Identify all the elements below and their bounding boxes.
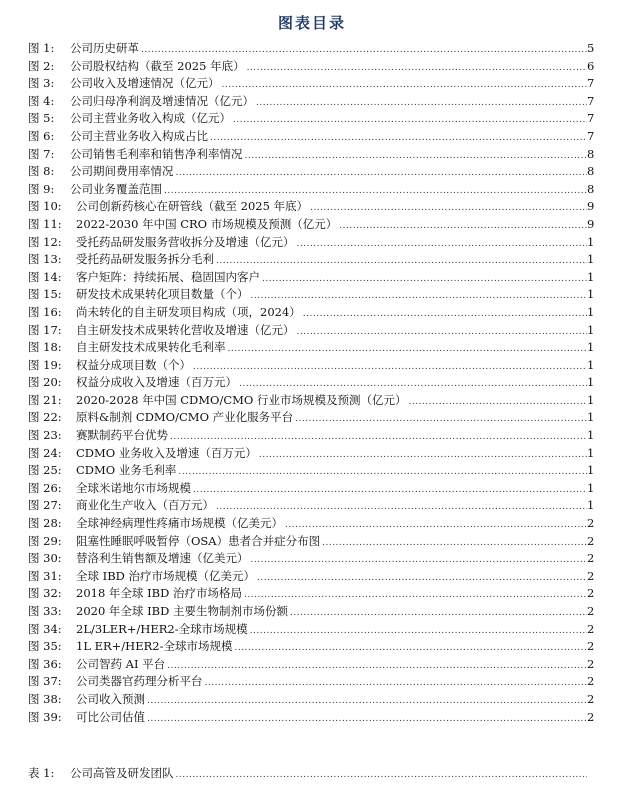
- toc-entry-page: 2: [587, 638, 597, 656]
- toc-entry[interactable]: 图 26:全球米诺地尔市场规模1: [28, 480, 597, 498]
- toc-entry-page: 6: [587, 58, 597, 76]
- dot-leader: [257, 570, 587, 588]
- toc-entry-label: 图 29:: [28, 533, 76, 551]
- toc-entry[interactable]: 图 11:2022-2030 年中国 CRO 市场规模及预测（亿元）9: [28, 216, 597, 234]
- toc-entry[interactable]: 图 32:2018 年全球 IBD 治疗市场格局2: [28, 585, 597, 603]
- toc-entry-title: 受托药品研发服务拆分毛利: [76, 251, 216, 269]
- toc-entry-title: 公司销售毛利率和销售净利率情况: [70, 146, 245, 164]
- toc-entry[interactable]: 图 4:公司归母净利润及增速情况（亿元）7: [28, 93, 597, 111]
- toc-entry-title: 2018 年全球 IBD 治疗市场格局: [76, 585, 244, 603]
- toc-entry[interactable]: 图 22:原料&制剂 CDMO/CMO 产业化服务平台1: [28, 409, 597, 427]
- toc-entry-label: 图 7:: [28, 146, 70, 164]
- toc-entry-title: 客户矩阵：持续拓展、稳固国内客户: [76, 269, 262, 287]
- toc-entry-page: 5: [587, 40, 597, 58]
- toc-entry-title: 全球米诺地尔市场规模: [76, 480, 193, 498]
- dot-leader: [147, 693, 587, 711]
- toc-entry[interactable]: 图 28:全球神经病理性疼痛市场规模（亿美元）2: [28, 515, 597, 533]
- toc-entry[interactable]: 图 20:权益分成收入及增速（百万元）1: [28, 374, 597, 392]
- toc-entry-label: 图 28:: [28, 515, 76, 533]
- toc-entry-label: 图 32:: [28, 585, 76, 603]
- dot-leader: [216, 253, 587, 271]
- toc-entry-label: 图 25:: [28, 462, 76, 480]
- dot-leader: [233, 112, 587, 130]
- toc-entry-title: 公司业务覆盖范围: [70, 181, 164, 199]
- toc-entry-page: 9: [587, 198, 597, 216]
- toc-entry[interactable]: 图 24:CDMO 业务收入及增速（百万元）1: [28, 445, 597, 463]
- toc-entry-title: 1L ER+/HER2-全球市场规模: [76, 638, 234, 656]
- toc-entry-label: 图 4:: [28, 93, 70, 111]
- toc-entry-page: 1: [587, 269, 597, 287]
- toc-entry-label: 表 1:: [28, 765, 70, 783]
- toc-entry-label: 图 13:: [28, 251, 76, 269]
- toc-entry[interactable]: 图 6:公司主营业务收入构成占比7: [28, 128, 597, 146]
- toc-entry-title: 研发技术成果转化项目数量（个）: [76, 286, 251, 304]
- toc-entry-label: 图 14:: [28, 269, 76, 287]
- dot-leader: [290, 605, 587, 623]
- toc-entry-label: 图 20:: [28, 374, 76, 392]
- toc-entry-label: 图 11:: [28, 216, 76, 234]
- toc-entry[interactable]: 图 16:尚未转化的自主研发项目构成（项，2024）1: [28, 304, 597, 322]
- dot-leader: [245, 148, 588, 166]
- toc-entry[interactable]: 图 36:公司智药 AI 平台2: [28, 656, 597, 674]
- dot-leader: [193, 359, 587, 377]
- toc-entry-title: 尚未转化的自主研发项目构成（项，2024）: [76, 304, 303, 322]
- toc-entry-page: 7: [587, 75, 597, 93]
- toc-entry-page: 2: [587, 515, 597, 533]
- toc-entry-page: 1: [587, 339, 597, 357]
- toc-entry-title: CDMO 业务收入及增速（百万元）: [76, 445, 259, 463]
- toc-entry-title: 自主研发技术成果转化营收及增速（亿元）: [76, 322, 297, 340]
- toc-entry[interactable]: 图 3:公司收入及增速情况（亿元）7: [28, 75, 597, 93]
- figure-list: 图 1:公司历史研革5图 2:公司股权结构（截至 2025 年底）6图 3:公司…: [28, 40, 597, 726]
- toc-entry[interactable]: 图 2:公司股权结构（截至 2025 年底）6: [28, 58, 597, 76]
- toc-entry-page: 1: [587, 374, 597, 392]
- toc-entry-page: 1: [587, 251, 597, 269]
- toc-entry[interactable]: 图 23:赛默制药平台优势1: [28, 427, 597, 445]
- dot-leader: [285, 517, 587, 535]
- toc-entry-page: 1: [587, 322, 597, 340]
- toc-entry-label: 图 1:: [28, 40, 70, 58]
- toc-entry-label: 图 34:: [28, 621, 76, 639]
- toc-entry-title: 公司历史研革: [70, 40, 141, 58]
- toc-entry-title: 2022-2030 年中国 CRO 市场规模及预测（亿元）: [76, 216, 339, 234]
- toc-entry-label: 图 31:: [28, 568, 76, 586]
- toc-entry-label: 图 10:: [28, 198, 76, 216]
- toc-entry-page: 7: [587, 93, 597, 111]
- table-list: 表 1:公司高管及研发团队: [28, 765, 597, 783]
- toc-entry-title: 公司主营业务收入构成（亿元）: [70, 110, 233, 128]
- toc-entry-page: 9: [587, 216, 597, 234]
- dot-leader: [210, 130, 587, 148]
- toc-entry-page: 2: [587, 550, 597, 568]
- dot-leader: [310, 200, 587, 218]
- toc-entry[interactable]: 表 1:公司高管及研发团队: [28, 765, 597, 783]
- toc-entry-title: 受托药品研发服务营收拆分及增速（亿元）: [76, 234, 297, 252]
- toc-entry-title: 公司收入预测: [76, 691, 147, 709]
- toc-entry[interactable]: 图 29:阻塞性睡眠呼吸暂停（OSA）患者合并症分布图2: [28, 533, 597, 551]
- dot-leader: [295, 411, 587, 429]
- toc-entry-page: 7: [587, 110, 597, 128]
- toc-entry-page: 1: [587, 445, 597, 463]
- dot-leader: [322, 535, 587, 553]
- toc-entry-page: 1: [587, 462, 597, 480]
- toc-entry[interactable]: 图 13:受托药品研发服务拆分毛利1: [28, 251, 597, 269]
- toc-entry-title: 公司类器官药理分析平台: [76, 673, 205, 691]
- toc-entry[interactable]: 图 31:全球 IBD 治疗市场规模（亿美元）2: [28, 568, 597, 586]
- dot-leader: [244, 587, 587, 605]
- dot-leader: [259, 447, 587, 465]
- toc-entry-title: 权益分成项目数（个）: [76, 357, 193, 375]
- dot-leader: [303, 306, 587, 324]
- toc-entry-title: 自主研发技术成果转化毛利率: [76, 339, 228, 357]
- toc-entry-title: 公司高管及研发团队: [70, 765, 176, 783]
- toc-entry[interactable]: 图 10:公司创新药核心在研管线（截至 2025 年底）9: [28, 198, 597, 216]
- toc-entry[interactable]: 图 9:公司业务覆盖范围8: [28, 181, 597, 199]
- toc-entry-label: 图 12:: [28, 234, 76, 252]
- toc-entry-label: 图 27:: [28, 497, 76, 515]
- toc-entry[interactable]: 图 25:CDMO 业务毛利率1: [28, 462, 597, 480]
- toc-entry-label: 图 6:: [28, 128, 70, 146]
- toc-entry-label: 图 3:: [28, 75, 70, 93]
- toc-entry-page: 1: [587, 234, 597, 252]
- toc-entry-page: 1: [587, 480, 597, 498]
- toc-entry-label: 图 15:: [28, 286, 76, 304]
- toc-entry[interactable]: 图 7:公司销售毛利率和销售净利率情况8: [28, 146, 597, 164]
- toc-entry[interactable]: 图 39:可比公司估值2: [28, 709, 597, 727]
- toc-entry-title: 商业化生产收入（百万元）: [76, 497, 216, 515]
- page-title: 图表目录: [0, 12, 624, 33]
- toc-entry-page: 2: [587, 621, 597, 639]
- toc-entry-page: 1: [587, 304, 597, 322]
- toc-entry-title: 可比公司估值: [76, 709, 147, 727]
- toc-entry[interactable]: 图 19:权益分成项目数（个）1: [28, 357, 597, 375]
- toc-entry-label: 图 5:: [28, 110, 70, 128]
- toc-entry-page: 2: [587, 656, 597, 674]
- toc-entry-title: 赛默制药平台优势: [76, 427, 170, 445]
- toc-entry[interactable]: 图 34:2L/3LER+/HER2-全球市场规模2: [28, 621, 597, 639]
- dot-leader: [297, 236, 588, 254]
- toc-entry-title: 原料&制剂 CDMO/CMO 产业化服务平台: [76, 409, 295, 427]
- toc-entry-title: 公司创新药核心在研管线（截至 2025 年底）: [76, 198, 310, 216]
- dot-leader: [222, 77, 588, 95]
- toc-entry-page: 1: [587, 497, 597, 515]
- toc-entry[interactable]: 图 17:自主研发技术成果转化营收及增速（亿元）1: [28, 322, 597, 340]
- toc-entry-title: 公司收入及增速情况（亿元）: [70, 75, 222, 93]
- toc-entry-label: 图 30:: [28, 550, 76, 568]
- toc-entry-label: 图 21:: [28, 392, 76, 410]
- toc-entry-title: 公司智药 AI 平台: [76, 656, 167, 674]
- toc-entry[interactable]: 图 37:公司类器官药理分析平台2: [28, 673, 597, 691]
- dot-leader: [228, 341, 588, 359]
- toc-entry-page: 8: [587, 146, 597, 164]
- toc-entry-label: 图 39:: [28, 709, 76, 727]
- toc-entry-label: 图 23:: [28, 427, 76, 445]
- toc-entry[interactable]: 图 8:公司期间费用率情况8: [28, 163, 597, 181]
- toc-entry-label: 图 9:: [28, 181, 70, 199]
- dot-leader: [262, 271, 587, 289]
- dot-leader: [178, 464, 587, 482]
- toc-entry[interactable]: 图 5:公司主营业务收入构成（亿元）7: [28, 110, 597, 128]
- toc-entry-title: 2020-2028 年中国 CDMO/CMO 行业市场规模及预测（亿元）: [76, 392, 408, 410]
- dot-leader: [205, 675, 588, 693]
- toc-entry[interactable]: 图 18:自主研发技术成果转化毛利率1: [28, 339, 597, 357]
- dot-leader: [250, 623, 587, 641]
- dot-leader: [167, 658, 587, 676]
- toc-entry-label: 图 18:: [28, 339, 76, 357]
- toc-entry-label: 图 8:: [28, 163, 70, 181]
- toc-entry-title: 全球 IBD 治疗市场规模（亿美元）: [76, 568, 257, 586]
- dot-leader: [297, 324, 588, 342]
- toc-entry-title: 权益分成收入及增速（百万元）: [76, 374, 239, 392]
- dot-leader: [176, 767, 588, 783]
- toc-entry-title: 阻塞性睡眠呼吸暂停（OSA）患者合并症分布图: [76, 533, 322, 551]
- toc-entry-label: 图 36:: [28, 656, 76, 674]
- toc-entry-page: 2: [587, 709, 597, 727]
- toc-entry-label: 图 24:: [28, 445, 76, 463]
- toc-entry-page: 2: [587, 673, 597, 691]
- toc-entry[interactable]: 图 12:受托药品研发服务营收拆分及增速（亿元）1: [28, 234, 597, 252]
- dot-leader: [408, 394, 587, 412]
- toc-entry-page: 1: [587, 409, 597, 427]
- toc-entry[interactable]: 图 1:公司历史研革5: [28, 40, 597, 58]
- dot-leader: [339, 218, 587, 236]
- toc-entry[interactable]: 图 33:2020 年全球 IBD 主要生物制剂市场份额2: [28, 603, 597, 621]
- toc-entry-page: 2: [587, 603, 597, 621]
- toc-entry-title: 替洛利生销售额及增速（亿美元）: [76, 550, 251, 568]
- toc-entry-title: 全球神经病理性疼痛市场规模（亿美元）: [76, 515, 285, 533]
- toc-entry-title: 2L/3LER+/HER2-全球市场规模: [76, 621, 250, 639]
- toc-entry-page: 1: [587, 392, 597, 410]
- toc-entry-label: 图 35:: [28, 638, 76, 656]
- toc-entry-page: 2: [587, 533, 597, 551]
- dot-leader: [251, 552, 588, 570]
- toc-entry-page: 8: [587, 163, 597, 181]
- dot-leader: [193, 482, 587, 500]
- dot-leader: [256, 95, 587, 113]
- toc-entry-label: 图 38:: [28, 691, 76, 709]
- toc-entry-label: 图 26:: [28, 480, 76, 498]
- toc-entry[interactable]: 图 30:替洛利生销售额及增速（亿美元）2: [28, 550, 597, 568]
- toc-entry-title: CDMO 业务毛利率: [76, 462, 178, 480]
- dot-leader: [234, 640, 587, 658]
- toc-entry[interactable]: 图 15:研发技术成果转化项目数量（个）1: [28, 286, 597, 304]
- toc-entry-page: 2: [587, 585, 597, 603]
- toc-entry[interactable]: 图 14:客户矩阵：持续拓展、稳固国内客户1: [28, 269, 597, 287]
- toc-entry[interactable]: 图 35:1L ER+/HER2-全球市场规模2: [28, 638, 597, 656]
- toc-entry[interactable]: 图 27:商业化生产收入（百万元）1: [28, 497, 597, 515]
- toc-entry-label: 图 16:: [28, 304, 76, 322]
- toc-entry-label: 图 17:: [28, 322, 76, 340]
- toc-entry-label: 图 37:: [28, 673, 76, 691]
- toc-entry-label: 图 33:: [28, 603, 76, 621]
- toc-entry-page: 1: [587, 427, 597, 445]
- toc-entry-page: 8: [587, 181, 597, 199]
- toc-entry-title: 公司主营业务收入构成占比: [70, 128, 210, 146]
- toc-entry-title: 公司归母净利润及增速情况（亿元）: [70, 93, 256, 111]
- toc-entry-page: 1: [587, 357, 597, 375]
- toc-entry-page: 2: [587, 691, 597, 709]
- dot-leader: [176, 165, 588, 183]
- toc-entry-title: 公司期间费用率情况: [70, 163, 176, 181]
- toc-entry[interactable]: 图 38:公司收入预测2: [28, 691, 597, 709]
- toc-entry[interactable]: 图 21:2020-2028 年中国 CDMO/CMO 行业市场规模及预测（亿元…: [28, 392, 597, 410]
- toc-entry-title: 2020 年全球 IBD 主要生物制剂市场份额: [76, 603, 290, 621]
- dot-leader: [247, 60, 587, 78]
- toc-entry-label: 图 19:: [28, 357, 76, 375]
- toc-entry-label: 图 2:: [28, 58, 70, 76]
- dot-leader: [147, 711, 587, 727]
- toc-entry-label: 图 22:: [28, 409, 76, 427]
- toc-entry-title: 公司股权结构（截至 2025 年底）: [70, 58, 247, 76]
- toc-entry-page: 2: [587, 568, 597, 586]
- toc-entry-page: 7: [587, 128, 597, 146]
- toc-entry-page: 1: [587, 286, 597, 304]
